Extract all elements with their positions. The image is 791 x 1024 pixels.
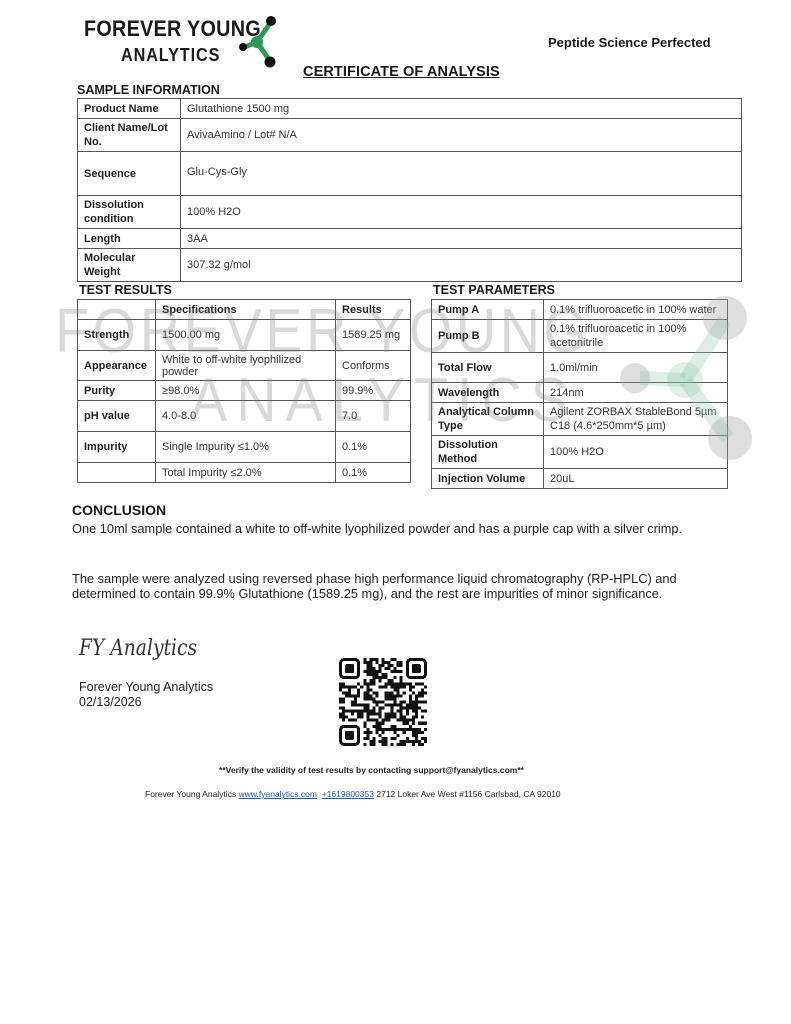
row-label: Molecular Weight [78, 249, 181, 282]
table-row: Pump A 0.1% trifluoroacetic in 100% wate… [432, 300, 728, 320]
param-value: 214nm [544, 383, 728, 403]
param-label: Wavelength [432, 383, 544, 403]
test-result: 7.0 [336, 401, 411, 432]
table-row: Dissolution Method 100% H2O [432, 436, 728, 469]
conclusion-heading: CONCLUSION [72, 502, 166, 518]
test-result: Conforms [336, 351, 411, 381]
test-spec: ≥98.0% [156, 381, 336, 401]
signatory: Forever Young Analytics 02/13/2026 [79, 680, 213, 710]
table-row: Wavelength 214nm [432, 383, 728, 403]
qr-code-icon[interactable] [339, 658, 427, 746]
test-result: 0.1% [336, 463, 411, 483]
column-header [78, 300, 156, 320]
website-link[interactable]: www.fyanalytics.com [239, 789, 317, 799]
test-spec: Single Impurity ≤1.0% [156, 432, 336, 463]
test-spec: White to off-white lyophilized powder [156, 351, 336, 381]
row-value: 100% H2O [181, 196, 742, 229]
test-result: 0.1% [336, 432, 411, 463]
test-name: Impurity [78, 432, 156, 463]
table-row: Client Name/Lot No. AvivaAmino / Lot# N/… [78, 119, 742, 152]
document-title: CERTIFICATE OF ANALYSIS [303, 64, 500, 80]
row-label: Client Name/Lot No. [78, 119, 181, 152]
table-row: Dissolution condition 100% H2O [78, 196, 742, 229]
footer-address: 2712 Loker Ave West #1156 Carlsbad, CA 9… [376, 789, 560, 799]
param-value: 100% H2O [544, 436, 728, 469]
param-label: Pump A [432, 300, 544, 320]
test-name: Strength [78, 320, 156, 351]
logo-text-line1: FOREVER YOUNG [84, 16, 261, 42]
signatory-name: Forever Young Analytics [79, 680, 213, 695]
table-row: Appearance White to off-white lyophilize… [78, 351, 411, 381]
test-spec: 4.0-8.0 [156, 401, 336, 432]
row-label: Sequence [78, 152, 181, 196]
test-result: 99.9% [336, 381, 411, 401]
param-value: 0.1% trifluoroacetic in 100% water [544, 300, 728, 320]
test-parameters-heading: TEST PARAMETERS [433, 283, 555, 297]
param-value: Agilent ZORBAX StableBond 5µm C18 (4.6*2… [544, 403, 728, 436]
param-label: Analytical Column Type [432, 403, 544, 436]
logo-text-line2: ANALYTICS [121, 45, 220, 66]
column-header: Specifications [156, 300, 336, 320]
company-logo: FOREVER YOUNG ANALYTICS [84, 14, 284, 74]
table-row: Pump B 0.1% trifluoroacetic in 100% acet… [432, 320, 728, 353]
footer-company: Forever Young Analytics [145, 789, 236, 799]
phone-link[interactable]: +1619800353 [322, 789, 374, 799]
table-row: Product Name Glutathione 1500 mg [78, 99, 742, 119]
test-results-heading: TEST RESULTS [79, 283, 172, 297]
tagline: Peptide Science Perfected [548, 35, 711, 50]
table-row: pH value 4.0-8.0 7.0 [78, 401, 411, 432]
verify-note-text: **Verify the validity of test results by… [219, 765, 524, 775]
table-row: Strength 1500.00 mg 1589.25 mg [78, 320, 411, 351]
row-value: 3AA [181, 229, 742, 249]
molecule-icon [237, 14, 277, 70]
test-name: Appearance [78, 351, 156, 381]
conclusion-paragraph-2: The sample were analyzed using reversed … [72, 571, 722, 601]
row-value: Glutathione 1500 mg [181, 99, 742, 119]
sample-information-table: Product Name Glutathione 1500 mg Client … [77, 98, 742, 282]
param-value: 20uL [544, 469, 728, 489]
param-label: Injection Volume [432, 469, 544, 489]
row-label: Product Name [78, 99, 181, 119]
row-value: AvivaAmino / Lot# N/A [181, 119, 742, 152]
test-name [78, 463, 156, 483]
table-row: Total Impurity ≤2.0% 0.1% [78, 463, 411, 483]
table-row: Sequence Glu-Cys-Gly [78, 152, 742, 196]
test-spec: 1500.00 mg [156, 320, 336, 351]
row-value: 307.32 g/mol [181, 249, 742, 282]
verify-note: **Verify the validity of test results by… [0, 765, 791, 775]
param-label: Dissolution Method [432, 436, 544, 469]
test-result: 1589.25 mg [336, 320, 411, 351]
param-value: 0.1% trifluoroacetic in 100% acetonitril… [544, 320, 728, 353]
table-row: Total Flow 1.0ml/min [432, 353, 728, 383]
test-results-table: Specifications Results Strength 1500.00 … [77, 299, 411, 483]
table-row: Impurity Single Impurity ≤1.0% 0.1% [78, 432, 411, 463]
row-label: Dissolution condition [78, 196, 181, 229]
table-header-row: Specifications Results [78, 300, 411, 320]
test-parameters-table: Pump A 0.1% trifluoroacetic in 100% wate… [431, 299, 728, 489]
conclusion-paragraph-1: One 10ml sample contained a white to off… [72, 521, 702, 536]
test-name: Purity [78, 381, 156, 401]
param-label: Total Flow [432, 353, 544, 383]
param-label: Pump B [432, 320, 544, 353]
signature: FY Analytics [79, 636, 197, 661]
sample-information-heading: SAMPLE INFORMATION [77, 83, 220, 97]
test-name: pH value [78, 401, 156, 432]
footer: Forever Young Analytics www.fyanalytics.… [145, 789, 561, 799]
table-row: Purity ≥98.0% 99.9% [78, 381, 411, 401]
column-header: Results [336, 300, 411, 320]
param-value: 1.0ml/min [544, 353, 728, 383]
table-row: Analytical Column Type Agilent ZORBAX St… [432, 403, 728, 436]
table-row: Injection Volume 20uL [432, 469, 728, 489]
table-row: Length 3AA [78, 229, 742, 249]
test-spec: Total Impurity ≤2.0% [156, 463, 336, 483]
table-row: Molecular Weight 307.32 g/mol [78, 249, 742, 282]
signature-date: 02/13/2026 [79, 695, 213, 710]
row-value: Glu-Cys-Gly [181, 152, 742, 196]
row-label: Length [78, 229, 181, 249]
